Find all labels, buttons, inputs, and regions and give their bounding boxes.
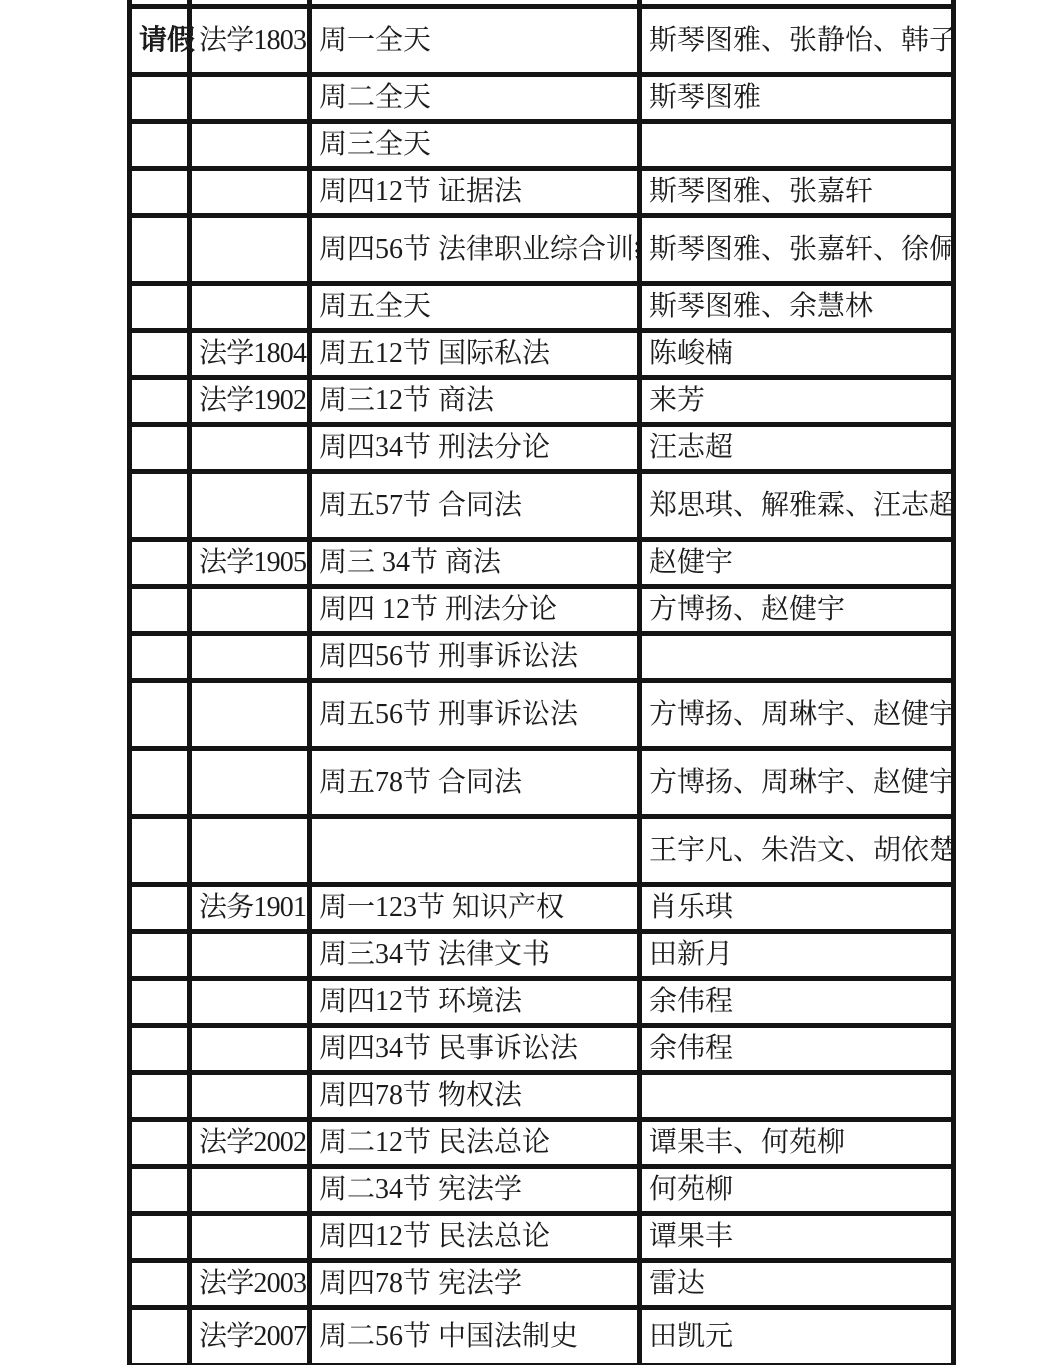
student-names-cell: 肖乐琪	[640, 885, 954, 932]
session-course-cell: 周五56节 刑事诉讼法	[310, 681, 640, 749]
class-cell	[190, 1073, 310, 1120]
session-course-cell: 周四34节 民事诉讼法	[310, 1026, 640, 1073]
class-cell: 法学1902	[190, 378, 310, 425]
table-row: 周五全天 斯琴图雅、余慧林	[130, 284, 954, 331]
session-course-cell: 周四12节 证据法	[310, 169, 640, 216]
table-row: 周二34节 宪法学 何苑柳	[130, 1167, 954, 1214]
leave-type-cell	[130, 1167, 190, 1214]
leave-type-cell	[130, 284, 190, 331]
leave-type-cell	[130, 331, 190, 378]
student-names-cell: 田新月	[640, 932, 954, 979]
class-cell: 法务1901	[190, 885, 310, 932]
table-row: 周五57节 合同法 郑思琪、解雅霖、汪志超	[130, 472, 954, 540]
class-cell	[190, 749, 310, 817]
leave-type-cell	[130, 216, 190, 284]
class-cell	[190, 634, 310, 681]
table-row: 周三34节 法律文书 田新月	[130, 932, 954, 979]
leave-type-cell	[130, 979, 190, 1026]
session-course-cell: 周四78节 宪法学	[310, 1261, 640, 1308]
session-course-cell: 周五全天	[310, 284, 640, 331]
session-course-cell: 周四56节 法律职业综合训练	[310, 216, 640, 284]
table-row: 周四34节 民事诉讼法 余伟程	[130, 1026, 954, 1073]
scanned-document-page: 请假 法学1803 周一全天 斯琴图雅、张静怡、韩子傲 周二全天 斯琴图雅 周三…	[0, 0, 1045, 1365]
table-row: 周四12节 证据法 斯琴图雅、张嘉轩	[130, 169, 954, 216]
table-row: 周四12节 民法总论 谭果丰	[130, 1214, 954, 1261]
session-course-cell: 周五78节 合同法	[310, 749, 640, 817]
class-cell: 法学1804	[190, 331, 310, 378]
table-row: 周三全天	[130, 122, 954, 169]
student-names-cell: 方博扬、赵健宇	[640, 587, 954, 634]
leave-type-cell	[130, 1214, 190, 1261]
session-course-cell: 周二34节 宪法学	[310, 1167, 640, 1214]
student-names-cell: 方博扬、周琳宇、赵健宇（病假）	[640, 749, 954, 817]
session-course-cell: 周四 12节 刑法分论	[310, 587, 640, 634]
table-row: 周五78节 合同法 方博扬、周琳宇、赵健宇（病假）	[130, 749, 954, 817]
table-row: 王宇凡、朱浩文、胡依楚、杨佩茹（公假）	[130, 817, 954, 885]
student-names-cell: 汪志超	[640, 425, 954, 472]
class-cell	[190, 216, 310, 284]
student-names-cell: 王宇凡、朱浩文、胡依楚、杨佩茹（公假）	[640, 817, 954, 885]
table-row: 周四12节 环境法 余伟程	[130, 979, 954, 1026]
student-names-cell	[640, 1073, 954, 1120]
leave-type-cell	[130, 122, 190, 169]
session-course-cell: 周四34节 刑法分论	[310, 425, 640, 472]
table-row: 法学1902 周三12节 商法 来芳	[130, 378, 954, 425]
leave-type-cell	[130, 817, 190, 885]
class-cell: 法学1803	[190, 7, 310, 75]
session-course-cell: 周三12节 商法	[310, 378, 640, 425]
leave-type-cell	[130, 885, 190, 932]
class-cell	[190, 122, 310, 169]
session-course-cell: 周五12节 国际私法	[310, 331, 640, 378]
student-names-cell: 田凯元	[640, 1308, 954, 1365]
session-course-cell: 周三 34节 商法	[310, 540, 640, 587]
class-cell	[190, 817, 310, 885]
student-names-cell: 赵健宇	[640, 540, 954, 587]
class-cell: 法学2003	[190, 1261, 310, 1308]
table-row: 周四78节 物权法	[130, 1073, 954, 1120]
class-cell	[190, 1026, 310, 1073]
session-course-cell: 周二56节 中国法制史	[310, 1308, 640, 1365]
student-names-cell: 郑思琪、解雅霖、汪志超	[640, 472, 954, 540]
session-course-cell: 周四12节 民法总论	[310, 1214, 640, 1261]
student-names-cell: 何苑柳	[640, 1167, 954, 1214]
class-cell: 法学2002	[190, 1120, 310, 1167]
table-row: 法学1804 周五12节 国际私法 陈峻楠	[130, 331, 954, 378]
class-cell	[190, 681, 310, 749]
class-cell	[190, 1167, 310, 1214]
leave-type-cell	[130, 1073, 190, 1120]
leave-type-cell	[130, 1026, 190, 1073]
table-row: 法学2002 周二12节 民法总论 谭果丰、何苑柳	[130, 1120, 954, 1167]
student-names-cell	[640, 122, 954, 169]
class-cell: 法学1905	[190, 540, 310, 587]
session-course-cell	[310, 817, 640, 885]
leave-type-cell: 请假	[130, 7, 190, 75]
class-cell	[190, 587, 310, 634]
student-names-cell: 来芳	[640, 378, 954, 425]
session-course-cell: 周五57节 合同法	[310, 472, 640, 540]
student-names-cell: 陈峻楠	[640, 331, 954, 378]
student-names-cell: 余伟程	[640, 1026, 954, 1073]
student-names-cell: 斯琴图雅、张静怡、韩子傲	[640, 7, 954, 75]
leave-type-cell	[130, 425, 190, 472]
table-row: 周四56节 法律职业综合训练 斯琴图雅、张嘉轩、徐佩珍	[130, 216, 954, 284]
class-cell	[190, 284, 310, 331]
table-row: 法学1905 周三 34节 商法 赵健宇	[130, 540, 954, 587]
class-cell	[190, 932, 310, 979]
table-row: 周四 12节 刑法分论 方博扬、赵健宇	[130, 587, 954, 634]
table-row: 法学2007 周二56节 中国法制史 田凯元	[130, 1308, 954, 1365]
leave-type-cell	[130, 1120, 190, 1167]
student-names-cell: 谭果丰	[640, 1214, 954, 1261]
leave-type-cell	[130, 681, 190, 749]
table-row: 周五56节 刑事诉讼法 方博扬、周琳宇、赵健宇	[130, 681, 954, 749]
session-course-cell: 周四78节 物权法	[310, 1073, 640, 1120]
class-cell	[190, 425, 310, 472]
student-names-cell: 斯琴图雅、张嘉轩、徐佩珍	[640, 216, 954, 284]
class-cell: 法学2007	[190, 1308, 310, 1365]
session-course-cell: 周二12节 民法总论	[310, 1120, 640, 1167]
leave-type-cell	[130, 472, 190, 540]
table-row: 周二全天 斯琴图雅	[130, 75, 954, 122]
student-names-cell	[640, 634, 954, 681]
leave-type-cell	[130, 587, 190, 634]
table-row: 法学2003 周四78节 宪法学 雷达	[130, 1261, 954, 1308]
table-row: 法务1901 周一123节 知识产权 肖乐琪	[130, 885, 954, 932]
table-row: 请假 法学1803 周一全天 斯琴图雅、张静怡、韩子傲	[130, 7, 954, 75]
leave-type-cell	[130, 75, 190, 122]
student-names-cell: 斯琴图雅	[640, 75, 954, 122]
session-course-cell: 周二全天	[310, 75, 640, 122]
session-course-cell: 周三全天	[310, 122, 640, 169]
student-names-cell: 余伟程	[640, 979, 954, 1026]
leave-type-cell	[130, 378, 190, 425]
leave-attendance-table: 请假 法学1803 周一全天 斯琴图雅、张静怡、韩子傲 周二全天 斯琴图雅 周三…	[127, 0, 956, 1365]
leave-type-cell	[130, 1261, 190, 1308]
session-course-cell: 周四56节 刑事诉讼法	[310, 634, 640, 681]
leave-type-cell	[130, 169, 190, 216]
leave-type-cell	[130, 749, 190, 817]
leave-type-cell	[130, 634, 190, 681]
session-course-cell: 周一123节 知识产权	[310, 885, 640, 932]
student-names-cell: 雷达	[640, 1261, 954, 1308]
leave-type-cell	[130, 540, 190, 587]
student-names-cell: 斯琴图雅、张嘉轩	[640, 169, 954, 216]
class-cell	[190, 75, 310, 122]
leave-type-cell	[130, 932, 190, 979]
class-cell	[190, 472, 310, 540]
student-names-cell: 斯琴图雅、余慧林	[640, 284, 954, 331]
table-row: 周四34节 刑法分论 汪志超	[130, 425, 954, 472]
class-cell	[190, 979, 310, 1026]
class-cell	[190, 1214, 310, 1261]
session-course-cell: 周四12节 环境法	[310, 979, 640, 1026]
session-course-cell: 周一全天	[310, 7, 640, 75]
student-names-cell: 谭果丰、何苑柳	[640, 1120, 954, 1167]
leave-type-cell	[130, 1308, 190, 1365]
student-names-cell: 方博扬、周琳宇、赵健宇	[640, 681, 954, 749]
table-row: 周四56节 刑事诉讼法	[130, 634, 954, 681]
class-cell	[190, 169, 310, 216]
session-course-cell: 周三34节 法律文书	[310, 932, 640, 979]
